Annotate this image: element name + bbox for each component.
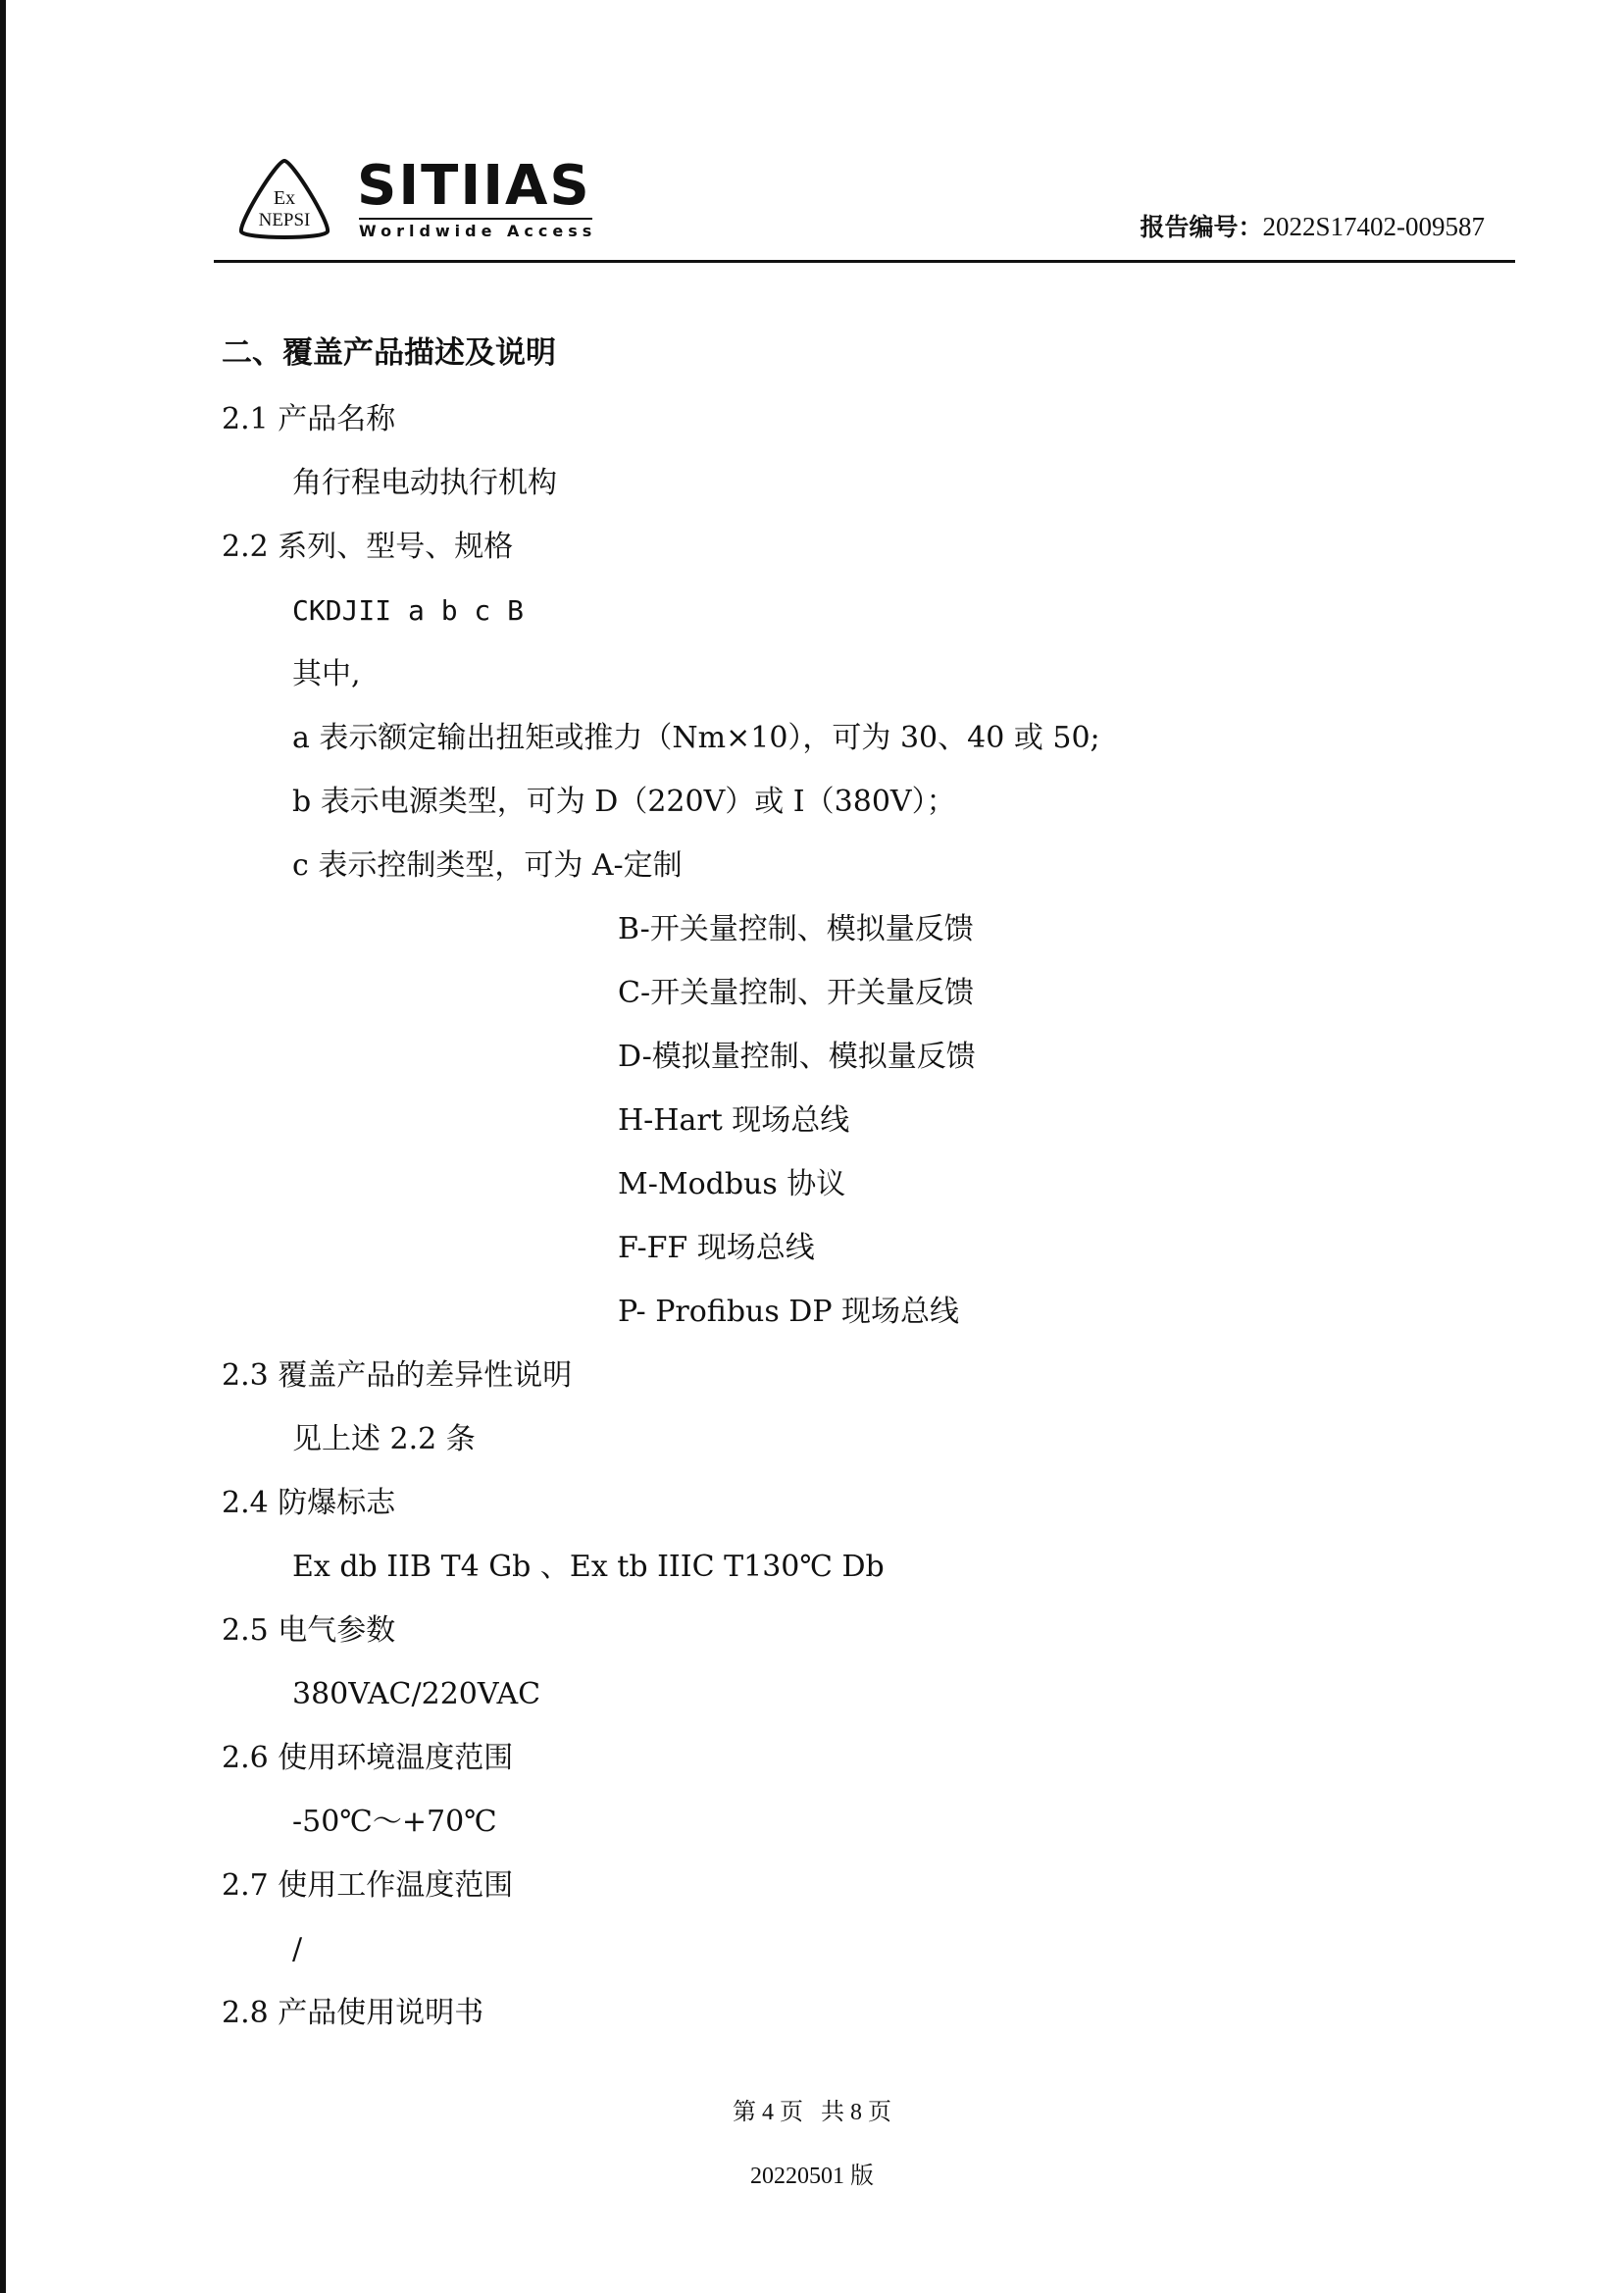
control-type-h: H-Hart 现场总线: [618, 1101, 849, 1141]
item-heading-2-8: 2.8 产品使用说明书: [222, 1994, 483, 2033]
control-type-b: B-开关量控制、模拟量反馈: [618, 910, 974, 949]
product-name: 角行程电动执行机构: [292, 464, 557, 503]
section-title: 二、覆盖产品描述及说明: [222, 333, 556, 373]
document-version: 20220501 版: [0, 2156, 1624, 2190]
item-heading-2-5: 2.5 电气参数: [222, 1611, 395, 1651]
item-heading-2-3: 2.3 覆盖产品的差异性说明: [222, 1356, 572, 1396]
item-heading-2-6: 2.6 使用环境温度范围: [222, 1739, 513, 1778]
nepsi-logo: Ex NEPSI: [235, 157, 333, 241]
svg-text:Ex: Ex: [274, 187, 295, 209]
item-heading-2-7: 2.7 使用工作温度范围: [222, 1866, 513, 1906]
control-type-m: M-Modbus 协议: [618, 1165, 845, 1204]
where-label: 其中,: [292, 655, 361, 694]
brand-tagline: Worldwide Access: [359, 222, 596, 240]
page-number: 第 4 页 共 8 页: [0, 2092, 1624, 2126]
control-type-f: F-FF 现场总线: [618, 1229, 815, 1268]
model-designation: CKDJII a b c B: [292, 591, 524, 631]
control-type-d: D-模拟量控制、模拟量反馈: [618, 1038, 976, 1077]
svg-text:NEPSI: NEPSI: [259, 210, 311, 230]
item-heading-2-4: 2.4 防爆标志: [222, 1484, 395, 1523]
ex-triangle-icon: Ex NEPSI: [235, 157, 333, 241]
report-number: 报告编号：2022S17402-009587: [1140, 208, 1485, 243]
control-type-p: P- Profibus DP 现场总线: [618, 1293, 959, 1332]
ambient-temperature-range: -50℃～+70℃: [292, 1803, 497, 1842]
param-b-description: b 表示电源类型，可为 D（220V）或 I（380V）；: [292, 783, 956, 822]
param-c-description: c 表示控制类型，可为 A-定制: [292, 846, 683, 886]
report-number-label: 报告编号：: [1140, 213, 1262, 241]
header-divider: [214, 260, 1515, 263]
item-heading-2-1: 2.1 产品名称: [222, 400, 395, 439]
brand-rule: [359, 218, 592, 220]
electrical-parameters: 380VAC/220VAC: [292, 1675, 540, 1714]
item-heading-2-2: 2.2 系列、型号、规格: [222, 528, 513, 567]
control-type-c: C-开关量控制、开关量反馈: [618, 974, 974, 1013]
scan-edge: [0, 0, 6, 2293]
sitiias-logo: SITIIAS Worldwide Access: [357, 157, 600, 245]
working-temperature-range: /: [292, 1930, 302, 1969]
brand-name: SITIIAS: [357, 157, 591, 216]
report-number-value: 2022S17402-009587: [1262, 212, 1485, 241]
difference-description: 见上述 2.2 条: [292, 1420, 476, 1459]
ex-marking: Ex db IIB T4 Gb 、Ex tb IIIC T130℃ Db: [292, 1548, 885, 1587]
param-a-description: a 表示额定输出扭矩或推力（Nm×10），可为 30、40 或 50;: [292, 719, 1100, 758]
